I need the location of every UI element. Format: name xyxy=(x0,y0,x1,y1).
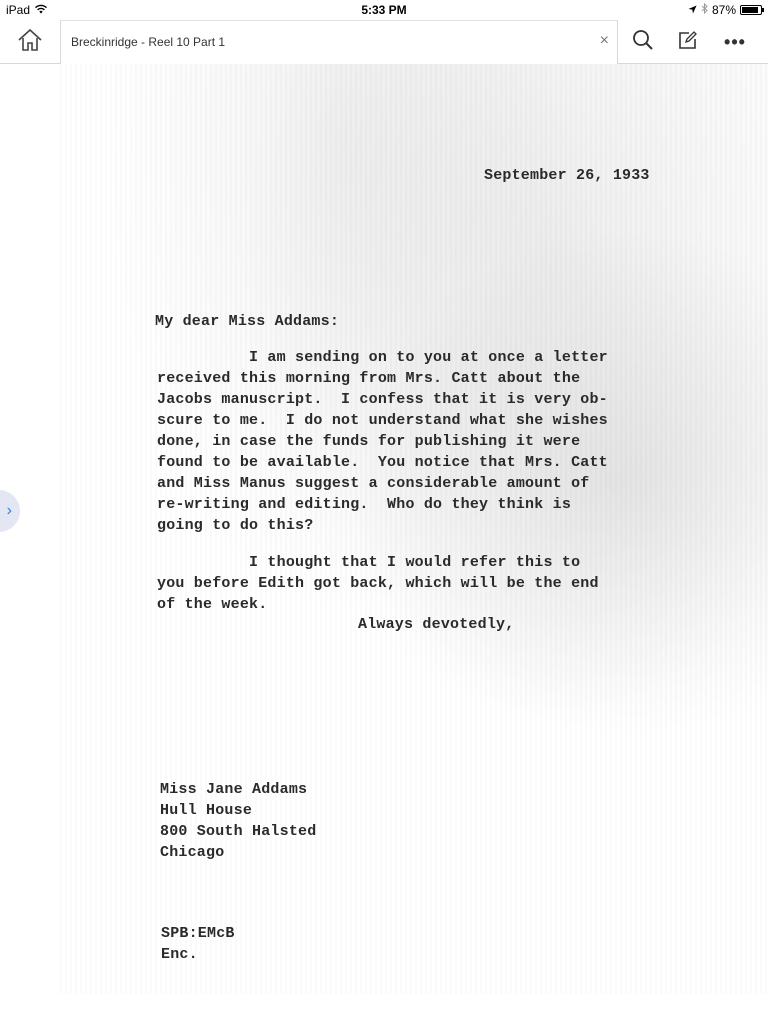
document-tab[interactable]: Breckinridge - Reel 10 Part 1 × xyxy=(60,20,618,65)
chevron-right-icon: › xyxy=(7,502,12,520)
close-tab-button[interactable]: × xyxy=(600,32,609,50)
battery-icon xyxy=(740,5,762,15)
edit-icon xyxy=(677,29,699,56)
home-icon xyxy=(17,28,43,57)
letter-paragraph-1: I am sending on to you at once a letter … xyxy=(157,347,608,536)
home-button[interactable] xyxy=(0,20,60,64)
letter-salutation: My dear Miss Addams: xyxy=(155,311,339,332)
document-viewer[interactable]: September 26, 1933 My dear Miss Addams: … xyxy=(0,64,768,1024)
letter-date: September 26, 1933 xyxy=(484,165,650,186)
letter-paragraph-2: I thought that I would refer this to you… xyxy=(157,552,599,615)
tab-title: Breckinridge - Reel 10 Part 1 xyxy=(71,35,225,49)
location-arrow-icon xyxy=(688,3,697,17)
search-icon xyxy=(632,29,654,56)
edit-button[interactable] xyxy=(673,28,703,56)
status-time: 5:33 PM xyxy=(0,3,768,17)
battery-fill xyxy=(742,7,758,13)
status-right: 87% xyxy=(688,3,762,17)
search-button[interactable] xyxy=(628,28,658,56)
recipient-address: Miss Jane Addams Hull House 800 South Ha… xyxy=(160,779,316,863)
more-options-button[interactable]: ••• xyxy=(720,28,750,56)
reference-initials: SPB:EMcB Enc. xyxy=(161,923,235,965)
letter-closing: Always devotedly, xyxy=(358,614,514,635)
battery-percent: 87% xyxy=(712,3,736,17)
bluetooth-icon xyxy=(701,3,708,17)
status-bar: iPad 5:33 PM 87% xyxy=(0,0,768,20)
toolbar: Breckinridge - Reel 10 Part 1 × ••• xyxy=(0,20,768,64)
